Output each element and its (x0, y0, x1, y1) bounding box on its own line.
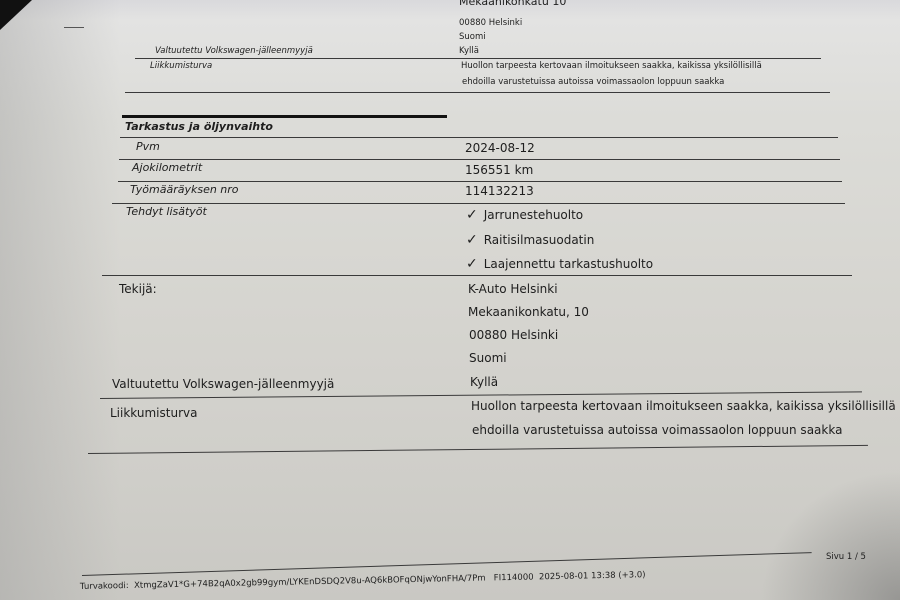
section-rule (122, 115, 447, 118)
page-number: Sivu 1 / 5 (826, 552, 866, 562)
top-mobility-label: Liikkumisturva (150, 61, 212, 71)
check-icon: ✓ (466, 207, 478, 223)
mileage-label: Ajokilometrit (132, 161, 202, 174)
mobility-label: Liikkumisturva (110, 406, 197, 420)
performer-name: K-Auto Helsinki (468, 282, 558, 296)
security-code-label: Turvakoodi: (80, 581, 129, 592)
footer-rule (82, 552, 812, 576)
date-value: 2024-08-12 (465, 141, 535, 155)
check-icon: ✓ (466, 256, 478, 272)
background-corner (0, 0, 32, 30)
security-code: XtmgZaV1*G+74B2qA0x2gb99gym/LYKEnDSDQ2V8… (134, 574, 486, 591)
extra-work-item: ✓Jarrunestehuolto (466, 207, 583, 223)
divider (112, 203, 845, 204)
performer-country: Suomi (469, 351, 507, 365)
divider (118, 181, 842, 182)
top-mobility-line1: Huollon tarpeesta kertovaan ilmoitukseen… (461, 61, 762, 71)
fold-mark (64, 27, 84, 28)
extra-work-item: ✓Raitisilmasuodatin (466, 232, 594, 248)
work-order-value: 114132213 (465, 184, 534, 198)
top-dealer-label: Valtuutettu Volkswagen-jälleenmyyjä (155, 46, 313, 56)
extra-work-item: ✓Laajennettu tarkastushuolto (466, 256, 653, 272)
performer-postal: 00880 Helsinki (469, 328, 558, 342)
section-title: Tarkastus ja öljynvaihto (125, 120, 273, 133)
extra-work-label: Tehdyt lisätyöt (126, 205, 207, 218)
document-page: Mekaanikonkatu 10 00880 Helsinki Suomi V… (0, 0, 900, 600)
dealer-value: Kyllä (470, 375, 498, 389)
divider (135, 58, 821, 59)
page-shadow (0, 0, 120, 600)
divider (125, 92, 830, 93)
print-timestamp: 2025-08-01 13:38 (+3.0) (539, 570, 646, 582)
divider (120, 137, 838, 138)
top-postal: 00880 Helsinki (459, 18, 522, 28)
work-order-label: Työmääräyksen nro (130, 183, 239, 196)
mobility-value-line1: Huollon tarpeesta kertovaan ilmoitukseen… (471, 399, 896, 413)
page-shadow-corner (760, 470, 900, 600)
divider (119, 159, 840, 160)
mileage-value: 156551 km (465, 163, 533, 177)
check-icon: ✓ (466, 232, 478, 248)
divider (102, 275, 852, 276)
date-label: Pvm (136, 140, 160, 153)
mobility-value-line2: ehdoilla varustetuissa autoissa voimassa… (472, 423, 842, 437)
dealer-label: Valtuutettu Volkswagen-jälleenmyyjä (112, 377, 334, 391)
top-country: Suomi (459, 32, 486, 42)
divider (100, 391, 862, 399)
divider (88, 445, 868, 454)
top-mobility-line2: ehdoilla varustetuissa autoissa voimassa… (462, 77, 724, 87)
top-address-line: Mekaanikonkatu 10 (459, 0, 566, 8)
security-code-line: Turvakoodi: XtmgZaV1*G+74B2qA0x2gb99gym/… (80, 570, 646, 592)
performer-street: Mekaanikonkatu, 10 (468, 305, 589, 319)
top-dealer-value: Kyllä (459, 46, 479, 56)
performer-label: Tekijä: (119, 282, 157, 296)
dealer-code: FI114000 (494, 572, 534, 583)
